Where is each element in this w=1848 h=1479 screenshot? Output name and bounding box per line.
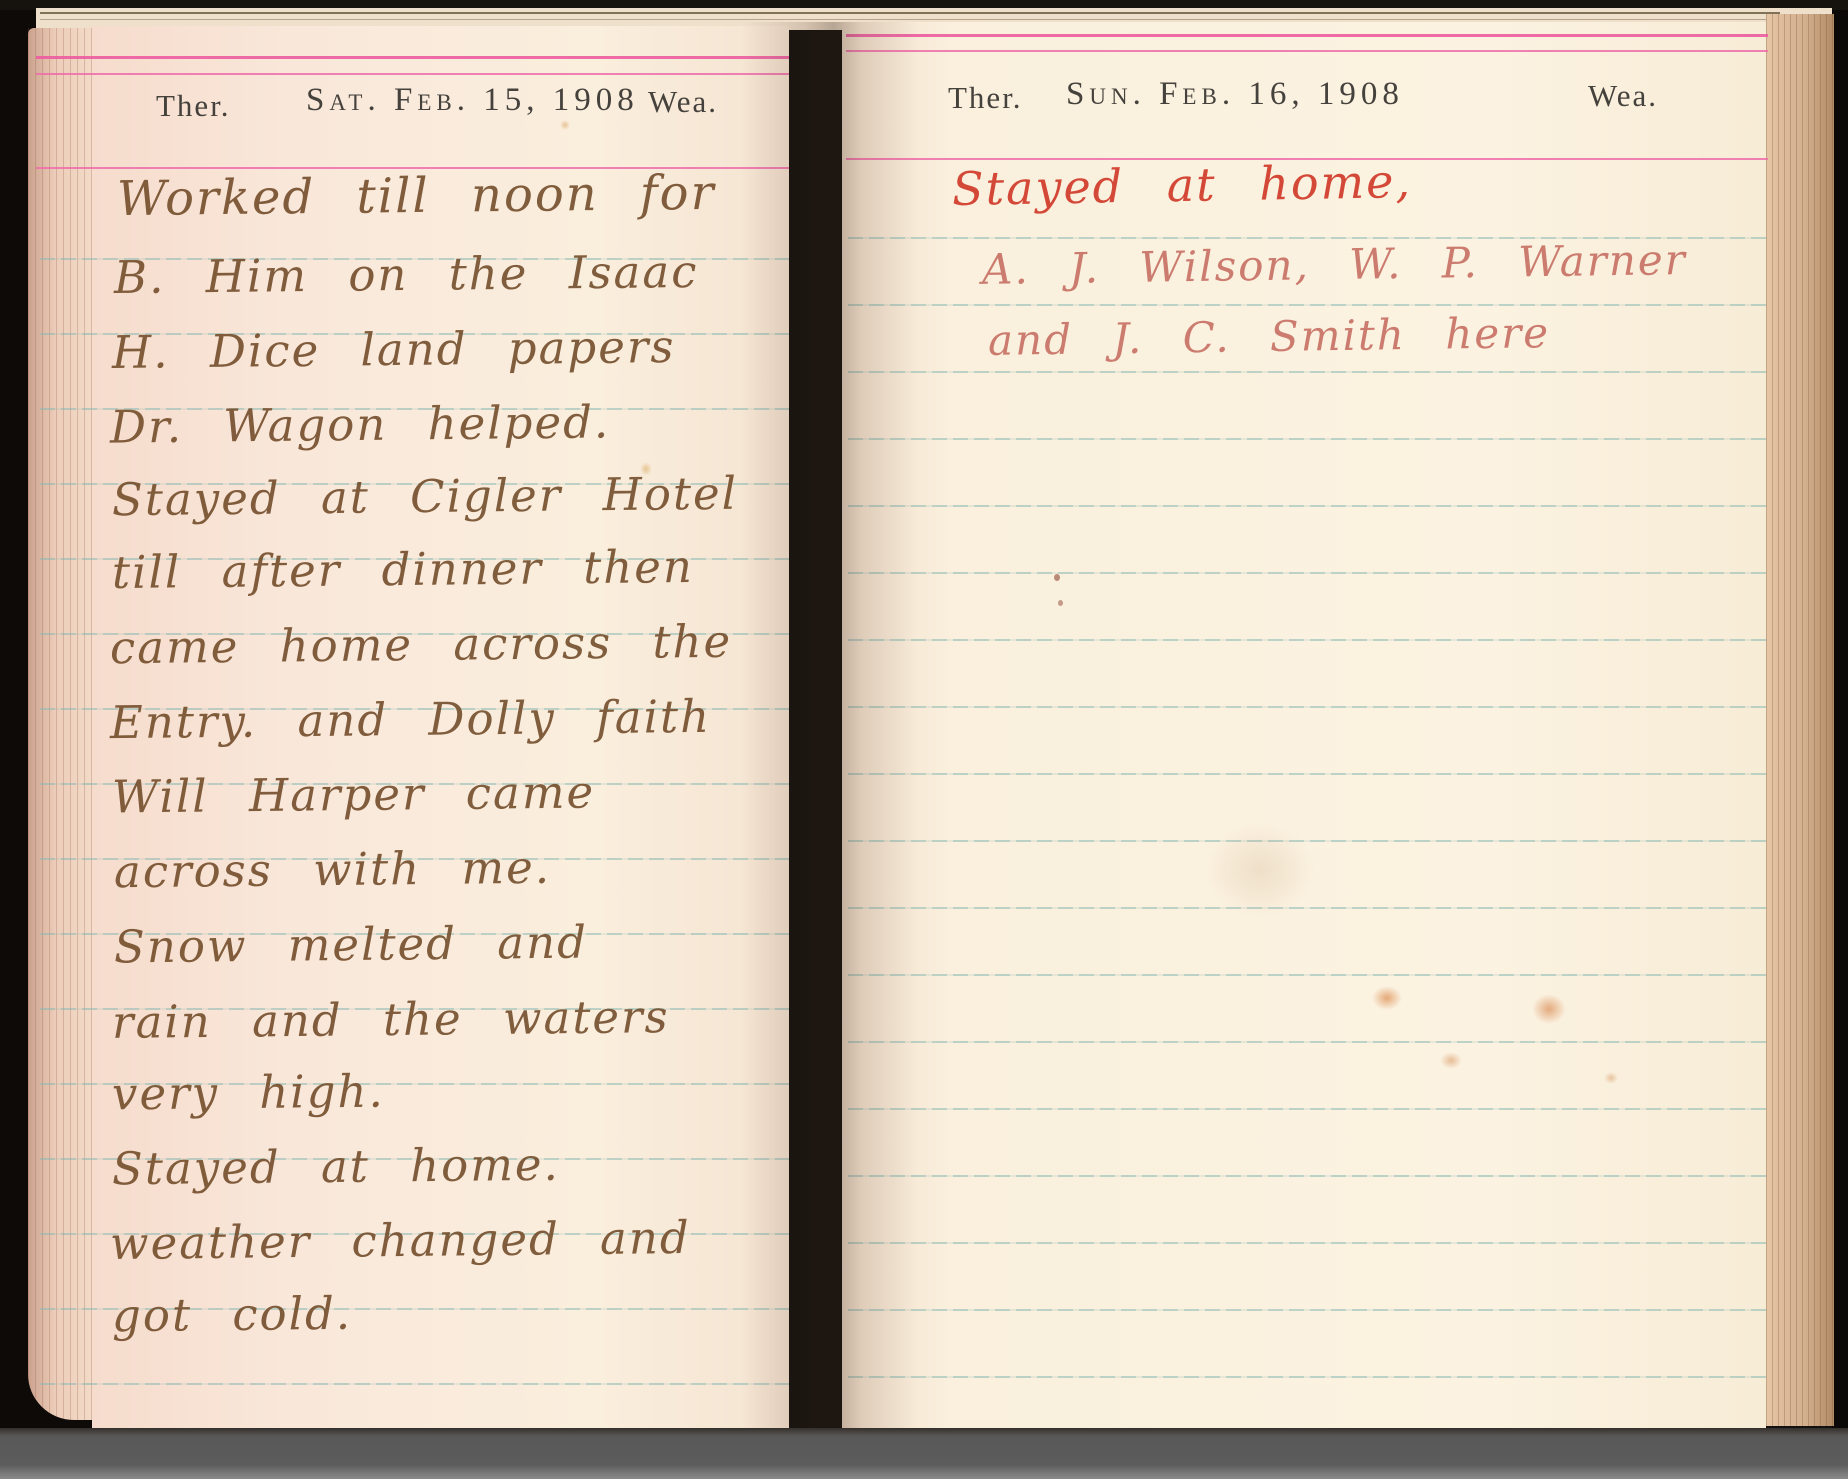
- ruled-line: [848, 1041, 1766, 1043]
- ruled-line: [848, 1242, 1766, 1244]
- ruled-line: [848, 840, 1766, 842]
- entry-line: Dr. Wagon helped.: [110, 395, 611, 453]
- entry-line: Will Harper came: [112, 765, 596, 823]
- pink-rule: [846, 50, 1768, 52]
- entry-line: very high.: [112, 1065, 385, 1121]
- entry-line: and J. C. Smith here: [988, 308, 1551, 365]
- weather-label: Wea.: [1588, 78, 1658, 114]
- entry-line: came home across the: [110, 615, 733, 675]
- ruled-line: [848, 1309, 1766, 1311]
- pink-rule: [846, 34, 1768, 37]
- entry-line: Stayed at home.: [112, 1138, 560, 1196]
- diary-scan: Ther. Sat. Feb. 15, 1908 Wea. Ther. Sun.…: [0, 0, 1848, 1479]
- ruled-line: [848, 706, 1766, 708]
- ruled-line: [848, 639, 1766, 641]
- entry-line: Entry. and Dolly faith: [110, 690, 712, 749]
- page-edge-line: [40, 19, 1780, 20]
- entry-line: till after dinner then: [112, 540, 694, 599]
- ruled-line: [848, 304, 1766, 306]
- ruled-line: [848, 907, 1766, 909]
- entry-line: B. Him on the Isaac: [114, 245, 699, 304]
- entry-line: Stayed at home,: [952, 154, 1413, 216]
- ruled-line: [848, 1175, 1766, 1177]
- ruled-line: [848, 505, 1766, 507]
- ruled-line: [848, 438, 1766, 440]
- entry-line: got cold.: [112, 1287, 353, 1343]
- right-page: [842, 22, 1766, 1428]
- entry-line: rain and the waters: [112, 990, 670, 1049]
- ruled-line: [848, 371, 1766, 373]
- scanner-bed: [0, 1428, 1848, 1479]
- entry-line: A. J. Wilson, W. P. Warner: [982, 235, 1687, 294]
- pink-rule: [36, 56, 789, 59]
- entry-line: weather changed and: [110, 1211, 691, 1270]
- thermometer-label: Ther.: [948, 80, 1023, 116]
- entry-line: across with me.: [114, 841, 552, 899]
- ruled-line: [848, 773, 1766, 775]
- entry-line: Snow melted and: [114, 916, 588, 974]
- ruled-line: [848, 572, 1766, 574]
- ruled-line: [848, 1376, 1766, 1378]
- entry-line: Stayed at Cigler Hotel: [112, 467, 739, 527]
- date-heading: Sun. Feb. 16, 1908: [1066, 76, 1404, 113]
- entry-line: H. Dice land papers: [112, 320, 676, 379]
- thermometer-label: Ther.: [156, 88, 231, 124]
- page-edge-stack-right: [1766, 14, 1834, 1426]
- entry-line: Worked till noon for: [117, 165, 716, 227]
- page-edge-stack-left: [28, 28, 96, 1420]
- book-cover-right-edge: [1832, 0, 1848, 1479]
- weather-label: Wea.: [648, 84, 718, 120]
- page-edge-line: [40, 12, 1780, 14]
- pink-rule: [36, 73, 789, 75]
- date-heading: Sat. Feb. 15, 1908: [306, 82, 639, 119]
- ruled-line: [848, 1108, 1766, 1110]
- ruled-line: [848, 974, 1766, 976]
- ruled-line: [40, 1383, 789, 1385]
